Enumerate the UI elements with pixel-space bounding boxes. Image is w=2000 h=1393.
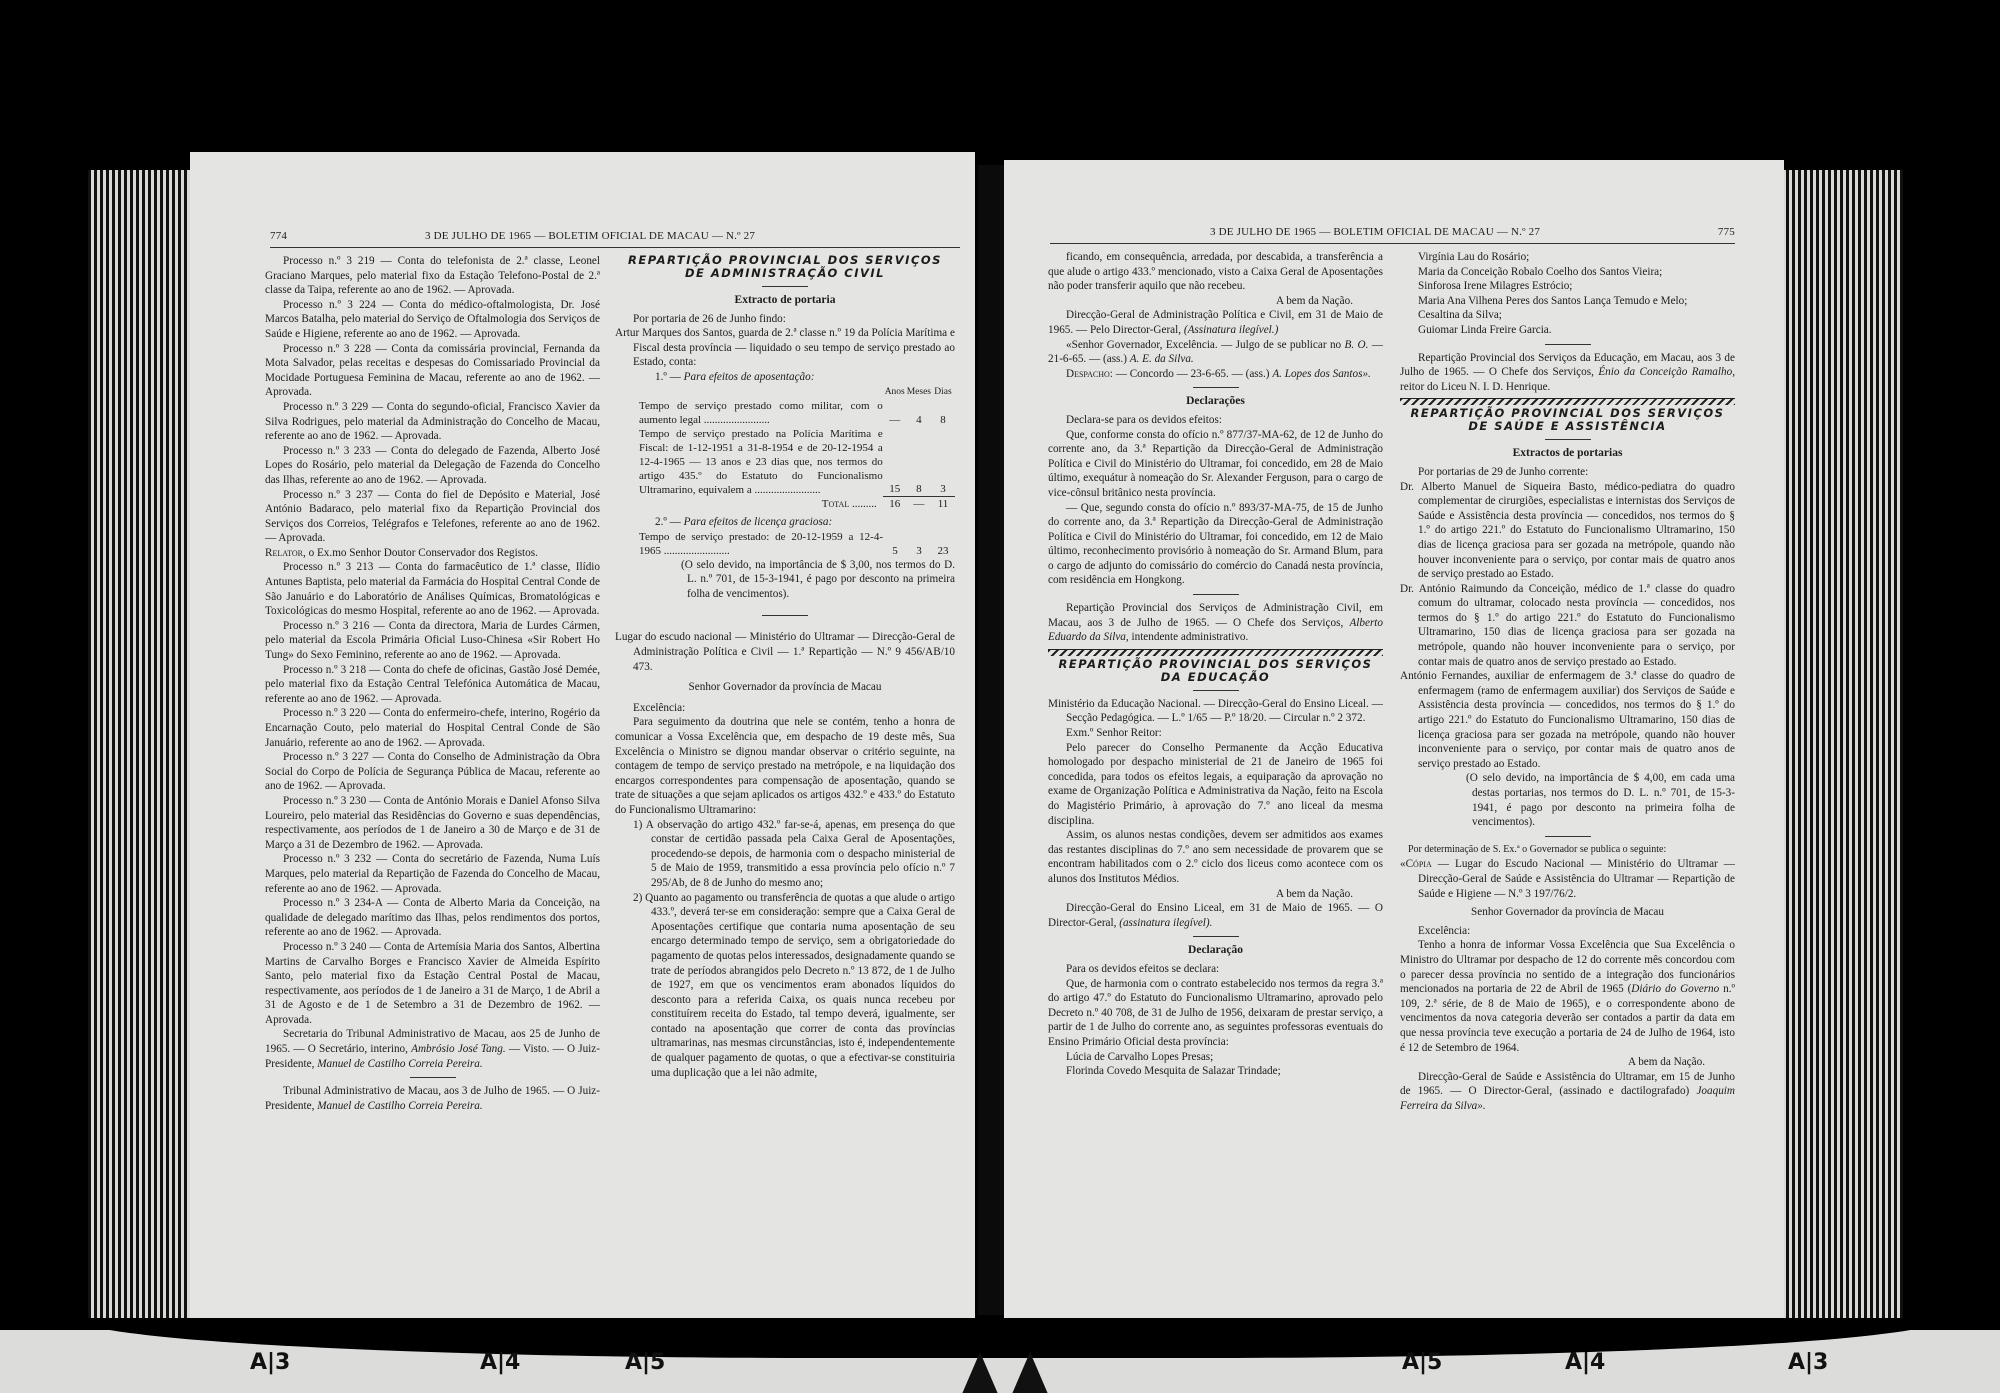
- ensino-signature: Direcção-Geral do Ensino Liceal, em 31 d…: [1048, 901, 1383, 930]
- right-running-title: 3 DE JULHO DE 1965 — BOLETIM OFICIAL DE …: [1210, 226, 1540, 238]
- extract-title: Extracto de portaria: [615, 293, 955, 308]
- list-item: Cesaltina da Silva;: [1400, 308, 1735, 323]
- processo-entry: Processo n.º 3 213 — Conta do farmacêuti…: [265, 560, 600, 618]
- ficando-paragraph: ficando, em consequência, arredada, por …: [1048, 250, 1383, 294]
- left-column-2: REPARTIÇÃO PROVINCIAL DOS SERVIÇOSDE ADM…: [615, 252, 955, 1080]
- divider: [1193, 690, 1239, 691]
- list-item: Maria Ana Vilhena Peres dos Santos Lança…: [1400, 294, 1735, 309]
- service-time-table: AnosMesesDias Tempo de serviço prestado …: [615, 385, 955, 512]
- por-portaria: Por portaria de 26 de Junho findo:: [615, 312, 955, 327]
- stamp-duty-note: (O selo devido, na importância de $ 4,00…: [1400, 771, 1735, 829]
- salutation: Excelência:: [1400, 924, 1735, 939]
- point-1: 1) A observação do artigo 432.º far-se-á…: [615, 818, 955, 891]
- salutation: Excelência:: [615, 701, 955, 716]
- a-bem-da-nacao: A bem da Nação.: [1048, 294, 1383, 309]
- addressee: Senhor Governador da província de Macau: [1400, 905, 1735, 920]
- por-portarias: Por portarias de 29 de Junho corrente:: [1400, 465, 1735, 480]
- stamp-duty-note: (O selo devido, na importância de $ 3,00…: [615, 558, 955, 602]
- processo-entry: Processo n.º 3 220 — Conta do enfermeiro…: [265, 706, 600, 750]
- left-column-1: Processo n.º 3 219 — Conta do telefonist…: [265, 254, 600, 1113]
- section-title-educacao: REPARTIÇÃO PROVINCIAL DOS SERVIÇOSDA EDU…: [1048, 658, 1383, 684]
- exmo-reitor: Exm.º Senhor Reitor:: [1048, 726, 1383, 741]
- point-2: 2) Quanto ao pagamento ou transferência …: [615, 891, 955, 1081]
- despacho: Despacho: — Concordo — 23-6-65. — (ass.)…: [1048, 367, 1383, 382]
- right-page-number: 775: [1718, 226, 1735, 238]
- declaracao-title: Declaração: [1048, 943, 1383, 958]
- tribunal-signature: Tribunal Administrativo de Macau, aos 3 …: [265, 1084, 600, 1113]
- film-mark: A|4: [480, 1350, 520, 1375]
- educacao-signature: Repartição Provincial dos Serviços da Ed…: [1400, 351, 1735, 395]
- senhor-governador-note: «Senhor Governador, Excelência. — Julgo …: [1048, 338, 1383, 367]
- divider: [762, 615, 808, 616]
- processo-entry: Processo n.º 3 228 — Conta da comissária…: [265, 342, 600, 400]
- letter-body: Para seguimento da doutrina que nele se …: [615, 715, 955, 817]
- copia-heading: «Cópia — Lugar do Escudo Nacional — Mini…: [1400, 857, 1735, 901]
- right-page-edges: [1783, 170, 1903, 1320]
- section-divider: [1400, 398, 1735, 405]
- ministerio-heading: Ministério da Educação Nacional. — Direc…: [1048, 697, 1383, 726]
- processo-entry: Processo n.º 3 240 — Conta de Artemísia …: [265, 940, 600, 1028]
- declara-se: Declara-se para os devidos efeitos:: [1048, 413, 1383, 428]
- left-running-title: 3 DE JULHO DE 1965 — BOLETIM OFICIAL DE …: [425, 230, 755, 242]
- processo-entry: Processo n.º 3 229 — Conta do segundo-of…: [265, 400, 600, 444]
- admin-civil-signature: Repartição Provincial dos Serviços de Ad…: [1048, 601, 1383, 645]
- tenho-paragraph: Tenho a honra de informar Vossa Excelênc…: [1400, 938, 1735, 1055]
- a-bem-da-nacao: A bem da Nação.: [1048, 887, 1383, 902]
- processo-entry: Processo n.º 3 219 — Conta do telefonist…: [265, 254, 600, 298]
- section-title-admin-civil: REPARTIÇÃO PROVINCIAL DOS SERVIÇOSDE ADM…: [615, 254, 955, 280]
- portaria-item: Dr. Alberto Manuel de Siqueira Basto, mé…: [1400, 480, 1735, 582]
- direccao-signature: Direcção-Geral de Administração Política…: [1048, 308, 1383, 337]
- parecer-paragraph: Pelo parecer do Conselho Permanente da A…: [1048, 741, 1383, 829]
- processo-entry: Processo n.º 3 234-A — Conta de Alberto …: [265, 896, 600, 940]
- para-os-devidos: Para os devidos efeitos se declara:: [1048, 962, 1383, 977]
- left-page-header: 774 3 DE JULHO DE 1965 — BOLETIM OFICIAL…: [270, 230, 960, 248]
- section-title-saude: REPARTIÇÃO PROVINCIAL DOS SERVIÇOSDE SAÚ…: [1400, 407, 1735, 433]
- saude-signature: Direcção-Geral de Saúde e Assistência do…: [1400, 1070, 1735, 1114]
- film-mark: A|3: [250, 1350, 290, 1375]
- film-triangle-marker: [1012, 1352, 1048, 1393]
- processo-entry: Processo n.º 3 233 — Conta do delegado d…: [265, 444, 600, 488]
- right-column-2: Virgínia Lau do Rosário; Maria da Concei…: [1400, 250, 1735, 1113]
- processo-entry: Processo n.º 3 232 — Conta do secretário…: [265, 852, 600, 896]
- divider: [410, 1077, 456, 1078]
- list-item: Virgínia Lau do Rosário;: [1400, 250, 1735, 265]
- list-item: Guiomar Linda Freire Garcia.: [1400, 323, 1735, 338]
- divider: [1545, 439, 1591, 440]
- processo-entry: Processo n.º 3 216 — Conta da directora,…: [265, 619, 600, 663]
- artur-entry: Artur Marques dos Santos, guarda de 2.ª …: [615, 326, 955, 370]
- divider: [1193, 387, 1239, 388]
- portaria-item: Dr. António Raimundo da Conceição, médic…: [1400, 582, 1735, 670]
- addressee: Senhor Governador da província de Macau: [615, 680, 955, 695]
- film-mark: A|3: [1788, 1350, 1828, 1375]
- left-page-number: 774: [270, 230, 287, 242]
- relator-line: Relator, o Ex.mo Senhor Doutor Conservad…: [265, 546, 600, 561]
- section-divider: [1048, 649, 1383, 656]
- book-gutter: [978, 165, 1004, 1315]
- divider: [1193, 594, 1239, 595]
- processo-entry: Processo n.º 3 218 — Conta do chefe de o…: [265, 663, 600, 707]
- assim-paragraph: Assim, os alunos nestas condições, devem…: [1048, 828, 1383, 886]
- secretaria-signature: Secretaria do Tribunal Administrativo de…: [265, 1027, 600, 1071]
- table-row: Tempo de serviço prestado na Polícia Mar…: [615, 427, 955, 497]
- right-column-1: ficando, em consequência, arredada, por …: [1048, 250, 1383, 1079]
- table-row: Tempo de serviço prestado: de 20-12-1959…: [615, 530, 955, 558]
- extracts-title: Extractos de portarias: [1400, 446, 1735, 461]
- divider: [1545, 344, 1591, 345]
- portaria-item: António Fernandes, auxiliar de enfermage…: [1400, 669, 1735, 771]
- processo-entry: Processo n.º 3 237 — Conta do fiel de De…: [265, 488, 600, 546]
- left-page-edges: [88, 170, 198, 1320]
- film-mark: A|4: [1565, 1350, 1605, 1375]
- divider: [1193, 936, 1239, 937]
- list-item: Lúcia de Carvalho Lopes Presas;: [1048, 1050, 1383, 1065]
- lugar-escudo: Lugar do escudo nacional — Ministério do…: [615, 630, 955, 674]
- film-mark: A|5: [625, 1350, 665, 1375]
- declaration-1: Que, conforme consta do ofício n.º 877/3…: [1048, 428, 1383, 501]
- processo-entry: Processo n.º 3 224 — Conta do médico-oft…: [265, 298, 600, 342]
- declaracoes-title: Declarações: [1048, 394, 1383, 409]
- item2-heading: 2.º — Para efeitos de licença graciosa:: [615, 515, 955, 530]
- por-determinacao: Por determinação de S. Ex.ª o Governador…: [1400, 843, 1735, 858]
- right-page-header: 3 DE JULHO DE 1965 — BOLETIM OFICIAL DE …: [1050, 226, 1735, 244]
- film-triangle-marker: [962, 1352, 998, 1393]
- a-bem-da-nacao: A bem da Nação.: [1400, 1055, 1735, 1070]
- list-item: Sinforosa Irene Milagres Estrócio;: [1400, 279, 1735, 294]
- table-row: Tempo de serviço prestado como militar, …: [615, 399, 955, 427]
- processo-entry: Processo n.º 3 227 — Conta do Conselho d…: [265, 750, 600, 794]
- table-total-row: Total .........16—11: [615, 497, 955, 512]
- divider: [1545, 836, 1591, 837]
- item1-heading: 1.º — Para efeitos de aposentação:: [615, 370, 955, 385]
- divider: [762, 286, 808, 287]
- processo-entry: Processo n.º 3 230 — Conta de António Mo…: [265, 794, 600, 852]
- list-item: Maria da Conceição Robalo Coelho dos San…: [1400, 265, 1735, 280]
- list-item: Florinda Covedo Mesquita de Salazar Trin…: [1048, 1064, 1383, 1079]
- declaration-2: — Que, segundo consta do ofício n.º 893/…: [1048, 501, 1383, 589]
- licence-time-table: Tempo de serviço prestado: de 20-12-1959…: [615, 530, 955, 558]
- film-mark: A|5: [1402, 1350, 1442, 1375]
- harmonia-paragraph: Que, de harmonia com o contrato estabele…: [1048, 977, 1383, 1050]
